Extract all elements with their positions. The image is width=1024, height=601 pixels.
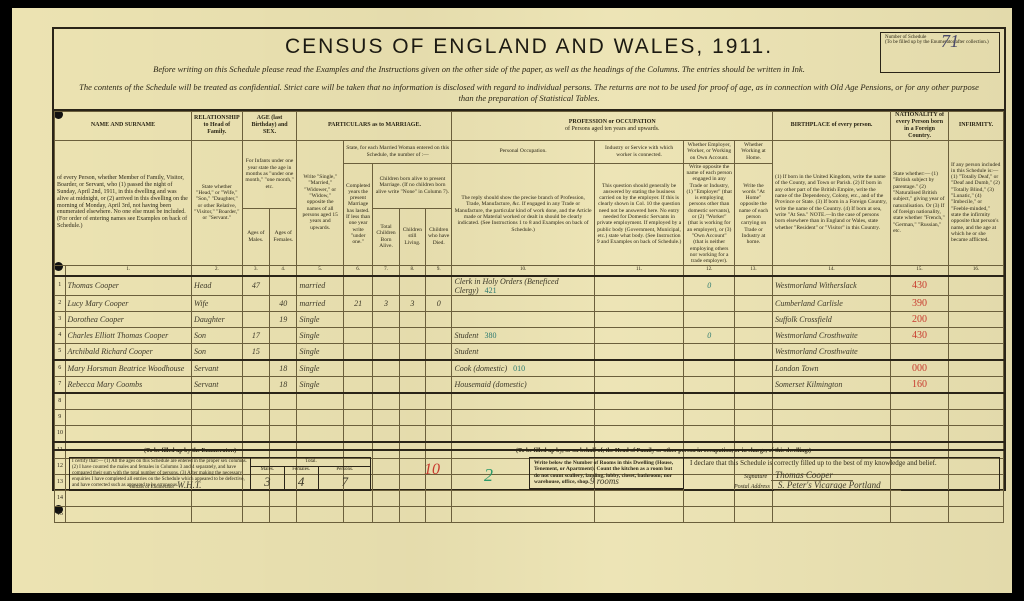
cell-living: 3	[399, 295, 425, 311]
table-row: 7Rebecca Mary CoombsServant18SingleHouse…	[55, 376, 1004, 393]
cell-rel: Servant	[192, 376, 243, 393]
cell-employer	[684, 376, 735, 393]
total-females: Females.4	[285, 467, 319, 491]
col-head-children-living: Children still Living.	[399, 208, 425, 265]
cell-died	[426, 311, 452, 327]
cell-industry	[594, 376, 684, 393]
cell-status: Single	[297, 360, 343, 377]
cell-died	[426, 343, 452, 360]
cell-nat_code: 430	[891, 276, 949, 296]
cell-employer	[684, 295, 735, 311]
col-head-home: Whether Working at Home.	[734, 140, 772, 163]
cell-living	[399, 490, 425, 506]
table-row: 14	[55, 490, 1004, 506]
col-num: 12.	[684, 265, 735, 276]
cell-birthplace: Somerset Kilmington	[772, 376, 890, 393]
cell-years	[343, 343, 373, 360]
col-desc-nationality: State whether:— (1) "British subject by …	[891, 140, 949, 265]
confidential-notice: The contents of the Schedule will be tre…	[64, 82, 994, 92]
col-head-relationship: RELATIONSHIP to Head of Family.	[192, 112, 243, 141]
col-head-infirmity: INFIRMITY.	[949, 112, 1004, 141]
col-num: 11.	[594, 265, 684, 276]
cell-rel	[192, 393, 243, 410]
col-desc-home: Write the words "At Home" opposite the n…	[734, 163, 772, 265]
cell-home	[734, 490, 772, 506]
cell-name	[65, 409, 192, 425]
cell-total	[373, 343, 399, 360]
cell-industry	[594, 409, 684, 425]
cell-employer	[684, 360, 735, 377]
cell-infirmity	[949, 506, 1004, 522]
cell-total	[373, 490, 399, 506]
cell-infirmity	[949, 376, 1004, 393]
cell-employer	[684, 409, 735, 425]
cell-living	[399, 360, 425, 377]
cell-status: Single	[297, 311, 343, 327]
cell-total	[373, 425, 399, 442]
table-row: 10	[55, 425, 1004, 442]
cell-infirmity	[949, 360, 1004, 377]
col-head-children-died: Children who have Died.	[426, 208, 452, 265]
cell-nat_code	[891, 490, 949, 506]
cell-living	[399, 343, 425, 360]
cell-age_f	[270, 490, 297, 506]
cell-living	[399, 327, 425, 343]
cell-total	[373, 327, 399, 343]
cell-home	[734, 425, 772, 442]
cell-living	[399, 376, 425, 393]
instruction-text: Before writing on this Schedule please r…	[54, 64, 904, 74]
cell-n: 7	[55, 376, 66, 393]
cell-home	[734, 276, 772, 296]
col-num: 16.	[949, 265, 1004, 276]
cell-birthplace	[772, 409, 890, 425]
cell-name: Charles Elliott Thomas Cooper	[65, 327, 192, 343]
cell-years	[343, 393, 373, 410]
col-num: 2.	[192, 265, 243, 276]
col-num: 14.	[772, 265, 890, 276]
cell-occupation	[452, 393, 594, 410]
rooms-value: 9 rooms	[590, 476, 619, 486]
cell-nat_code: 000	[891, 360, 949, 377]
postal-address-field: Postal AddressS. Peter's Vicarage Portla…	[734, 480, 901, 490]
cell-infirmity	[949, 425, 1004, 442]
cell-died	[426, 393, 452, 410]
cell-age_f	[270, 327, 297, 343]
cell-birthplace	[772, 393, 890, 410]
cell-age_f	[270, 276, 297, 296]
cell-occupation: Housemaid (domestic)	[452, 376, 594, 393]
cell-died	[426, 490, 452, 506]
col-head-children-total: Total Children Born Alive.	[373, 208, 399, 265]
cell-died	[426, 506, 452, 522]
cell-years	[343, 376, 373, 393]
cell-employer	[684, 393, 735, 410]
col-num: 6.	[343, 265, 373, 276]
cell-rel	[192, 506, 243, 522]
cell-n: 4	[55, 327, 66, 343]
cell-age_m	[242, 393, 269, 410]
cell-birthplace	[772, 425, 890, 442]
cell-rel	[192, 409, 243, 425]
cell-rel: Wife	[192, 295, 243, 311]
schedule-number-note: (To be filled up by the Enumerator after…	[885, 40, 995, 45]
cell-n: 14	[55, 490, 66, 506]
cell-total	[373, 311, 399, 327]
cell-age_f	[270, 343, 297, 360]
cell-industry	[594, 295, 684, 311]
cell-nat_code: 160	[891, 376, 949, 393]
cell-home	[734, 376, 772, 393]
col-num: 8.	[399, 265, 425, 276]
col-num: 5.	[297, 265, 343, 276]
cell-infirmity	[949, 490, 1004, 506]
cell-total	[373, 393, 399, 410]
col-num: 3.	[242, 265, 269, 276]
enumerator-initials: Initials of EnumeratorW.H.T.	[130, 480, 201, 490]
cell-nat_code: 390	[891, 295, 949, 311]
cell-infirmity	[949, 393, 1004, 410]
declaration-text: I declare that this Schedule is correctl…	[690, 459, 937, 467]
cell-age_m	[242, 360, 269, 377]
col-head-marriage: PARTICULARS as to MARRIAGE.	[297, 112, 452, 141]
cell-age_m: 15	[242, 343, 269, 360]
cell-status: married	[297, 295, 343, 311]
cell-employer	[684, 490, 735, 506]
cell-birthplace: Suffolk Crossfield	[772, 311, 890, 327]
col-head-industry: Industry or Service with which worker is…	[594, 140, 684, 163]
col-head-employer: Whether Employer, Worker, or Working on …	[684, 140, 735, 163]
col-desc-children: Children born alive to present Marriage.…	[373, 163, 452, 208]
col-num: 9.	[426, 265, 452, 276]
cell-name: Thomas Cooper	[65, 276, 192, 296]
enumerator-section-label: (To be filled up by the Enumerator.)	[144, 448, 236, 454]
cell-age_f	[270, 506, 297, 522]
cell-living	[399, 276, 425, 296]
cell-home	[734, 393, 772, 410]
cell-status: married	[297, 276, 343, 296]
cell-died	[426, 327, 452, 343]
total-males: Males.3	[251, 467, 285, 491]
cell-n: 8	[55, 393, 66, 410]
cell-home	[734, 327, 772, 343]
cell-occupation: Cook (domestic)010	[452, 360, 594, 377]
cell-occupation	[452, 425, 594, 442]
enumerator-box: I certify that:— (1) All the ages on thi…	[69, 457, 371, 491]
cell-nat_code	[891, 343, 949, 360]
cell-age_m	[242, 409, 269, 425]
cell-age_f: 18	[270, 360, 297, 377]
cell-n: 1	[55, 276, 66, 296]
cell-age_m	[242, 490, 269, 506]
cell-name: Archibald Richard Cooper	[65, 343, 192, 360]
cell-years	[343, 327, 373, 343]
signature-field: SignatureThomas Cooper	[744, 470, 853, 480]
cell-employer	[684, 425, 735, 442]
cell-nat_code: 430	[891, 327, 949, 343]
cell-status: Single	[297, 376, 343, 393]
cell-home	[734, 295, 772, 311]
cell-employer	[684, 343, 735, 360]
cell-occupation	[452, 311, 594, 327]
cell-total	[373, 360, 399, 377]
cell-rel: Son	[192, 343, 243, 360]
cell-status	[297, 506, 343, 522]
cell-status: Single	[297, 343, 343, 360]
col-head-age-females: Ages of Females.	[270, 208, 297, 265]
cell-industry	[594, 276, 684, 296]
cell-nat_code: 200	[891, 311, 949, 327]
cell-industry	[594, 490, 684, 506]
cell-industry	[594, 327, 684, 343]
cell-industry	[594, 425, 684, 442]
cell-living	[399, 425, 425, 442]
col-desc-years-married: Completed years the present Marriage has…	[343, 163, 373, 265]
cell-died	[426, 360, 452, 377]
cell-home	[734, 409, 772, 425]
cell-infirmity	[949, 343, 1004, 360]
cell-age_m	[242, 311, 269, 327]
confidential-notice-cont: than the preparation of Statistical Tabl…	[54, 93, 1004, 103]
cell-years	[343, 490, 373, 506]
schedule-number-box: Number of Schedule (To be filled up by t…	[880, 32, 1000, 73]
col-desc-birthplace: (1) If born in the United Kingdom, write…	[772, 140, 890, 265]
cell-age_m	[242, 506, 269, 522]
cell-n: 6	[55, 360, 66, 377]
cell-name: Mary Horsman Beatrice Woodhouse	[65, 360, 192, 377]
table-row: 1Thomas CooperHead47marriedClerk in Holy…	[55, 276, 1004, 296]
cell-occupation	[452, 295, 594, 311]
table-row: 15	[55, 506, 1004, 522]
cell-birthplace: Westmorland Crosthwaite	[772, 327, 890, 343]
column-number-row: 1. 2. 3. 4. 5. 6. 7. 8. 9. 10. 11. 12. 1…	[55, 265, 1004, 276]
cell-employer	[684, 311, 735, 327]
col-desc-age: For Infants under one year state the age…	[242, 140, 297, 208]
cell-total	[373, 409, 399, 425]
cell-rel	[192, 490, 243, 506]
cell-home	[734, 360, 772, 377]
cell-name	[65, 425, 192, 442]
col-head-name: NAME AND SURNAME	[55, 112, 192, 141]
cell-rel	[192, 425, 243, 442]
cell-birthplace	[772, 490, 890, 506]
cell-industry	[594, 506, 684, 522]
cell-years	[343, 360, 373, 377]
col-head-nationality: NATIONALITY of every Person born in a Fo…	[891, 112, 949, 141]
cell-living	[399, 393, 425, 410]
col-desc-marital-status: Write "Single," "Married," "Widower," or…	[297, 140, 343, 265]
cell-birthplace	[772, 506, 890, 522]
cell-employer	[684, 506, 735, 522]
cell-name	[65, 393, 192, 410]
cell-age_m	[242, 295, 269, 311]
cell-n: 9	[55, 409, 66, 425]
cell-occupation: Student380	[452, 327, 594, 343]
cell-age_m	[242, 425, 269, 442]
col-desc-relationship: State whether "Head," or "Wife," "Son," …	[192, 140, 243, 265]
cell-status	[297, 490, 343, 506]
cell-died: 0	[426, 295, 452, 311]
table-row: 2Lucy Mary CooperWife40married21330Cumbe…	[55, 295, 1004, 311]
cell-employer: 0	[684, 276, 735, 296]
cell-industry	[594, 311, 684, 327]
cell-rel: Daughter	[192, 311, 243, 327]
cell-living	[399, 506, 425, 522]
cell-age_f: 19	[270, 311, 297, 327]
cell-total	[373, 276, 399, 296]
col-head-personal-occupation: Personal Occupation.	[452, 140, 594, 163]
footer-section: (To be filled up by the Enumerator.) I c…	[54, 449, 1004, 491]
cell-nat_code	[891, 425, 949, 442]
cell-n: 15	[55, 506, 66, 522]
cell-home	[734, 343, 772, 360]
cell-name: Lucy Mary Cooper	[65, 295, 192, 311]
cell-industry	[594, 393, 684, 410]
col-head-occupation: PROFESSION or OCCUPATIONof Persons aged …	[452, 112, 773, 141]
cell-total	[373, 376, 399, 393]
declaration-box: I declare that this Schedule is correctl…	[684, 457, 1000, 491]
totals-box: Total. Males.3 Females.4 Persons.7	[250, 458, 371, 490]
col-desc-infirmity: If any person included in this Schedule …	[949, 140, 1004, 265]
schedule-number: 71	[941, 31, 959, 52]
cell-name	[65, 506, 192, 522]
cell-years	[343, 409, 373, 425]
cell-name	[65, 490, 192, 506]
cell-employer: 0	[684, 327, 735, 343]
col-desc-personal-occupation: The reply should show the precise branch…	[452, 163, 594, 265]
cell-living	[399, 409, 425, 425]
cell-years	[343, 506, 373, 522]
cell-total	[373, 506, 399, 522]
cell-nat_code	[891, 506, 949, 522]
col-desc-employer: Write opposite the name of each person e…	[684, 163, 735, 265]
col-head-age: AGE (last Birthday) and SEX.	[242, 112, 297, 141]
col-desc-married-women: State, for each Married Woman entered on…	[343, 140, 452, 163]
cell-occupation	[452, 506, 594, 522]
cell-birthplace: Cumberland Carlisle	[772, 295, 890, 311]
table-row: 3Dorothea CooperDaughter19SingleSuffolk …	[55, 311, 1004, 327]
table-row: 8	[55, 393, 1004, 410]
cell-birthplace: London Town	[772, 360, 890, 377]
total-persons: Persons.7	[319, 467, 371, 491]
cell-age_m	[242, 376, 269, 393]
cell-died	[426, 376, 452, 393]
cell-occupation: Clerk in Holy Orders (Beneficed Clergy)4…	[452, 276, 594, 296]
col-desc-industry: This question should generally be answer…	[594, 163, 684, 265]
col-head-age-males: Ages of Males.	[242, 208, 269, 265]
cell-years: 21	[343, 295, 373, 311]
cell-age_f	[270, 425, 297, 442]
cell-birthplace: Westmorland Witherslack	[772, 276, 890, 296]
cell-status	[297, 425, 343, 442]
cell-status	[297, 393, 343, 410]
cell-age_m: 47	[242, 276, 269, 296]
red-annotation: 10	[424, 461, 440, 479]
cell-home	[734, 311, 772, 327]
cell-rel: Servant	[192, 360, 243, 377]
col-desc-name: of every Person, whether Member of Famil…	[55, 140, 192, 265]
table-row: 5Archibald Richard CooperSon15SingleStud…	[55, 343, 1004, 360]
green-annotation: 2	[484, 465, 493, 486]
table-row: 4Charles Elliott Thomas CooperSon17Singl…	[55, 327, 1004, 343]
cell-nat_code	[891, 409, 949, 425]
cell-years	[343, 425, 373, 442]
cell-infirmity	[949, 276, 1004, 296]
rooms-box: Write below the Number of Rooms in this …	[529, 457, 684, 489]
cell-nat_code	[891, 393, 949, 410]
cell-home	[734, 506, 772, 522]
occupier-section-label: (To be filled up by, or on behalf of, th…	[516, 448, 811, 454]
col-num: 4.	[270, 265, 297, 276]
cell-age_m: 17	[242, 327, 269, 343]
col-num: 10.	[452, 265, 594, 276]
page-title: CENSUS OF ENGLAND AND WALES, 1911.	[54, 35, 1004, 59]
cell-n: 10	[55, 425, 66, 442]
cell-age_f: 18	[270, 376, 297, 393]
table-row: 6Mary Horsman Beatrice WoodhouseServant1…	[55, 360, 1004, 377]
census-schedule-page: CENSUS OF ENGLAND AND WALES, 1911. Befor…	[12, 8, 1012, 593]
cell-age_f: 40	[270, 295, 297, 311]
schedule-frame: CENSUS OF ENGLAND AND WALES, 1911. Befor…	[52, 27, 1006, 491]
cell-infirmity	[949, 409, 1004, 425]
cell-age_f	[270, 393, 297, 410]
cell-infirmity	[949, 311, 1004, 327]
cell-occupation: Student	[452, 343, 594, 360]
cell-occupation	[452, 409, 594, 425]
cell-died	[426, 409, 452, 425]
cell-rel: Head	[192, 276, 243, 296]
cell-n: 2	[55, 295, 66, 311]
cell-died	[426, 425, 452, 442]
cell-age_f	[270, 409, 297, 425]
cell-total: 3	[373, 295, 399, 311]
cell-years	[343, 311, 373, 327]
cell-birthplace: Westmorland Crosthwaite	[772, 343, 890, 360]
cell-name: Rebecca Mary Coombs	[65, 376, 192, 393]
cell-infirmity	[949, 295, 1004, 311]
cell-n: 5	[55, 343, 66, 360]
cell-infirmity	[949, 327, 1004, 343]
cell-occupation	[452, 490, 594, 506]
cell-industry	[594, 343, 684, 360]
cell-died	[426, 276, 452, 296]
col-num: 13.	[734, 265, 772, 276]
col-num: 1.	[65, 265, 192, 276]
cell-industry	[594, 360, 684, 377]
col-head-birthplace: BIRTHPLACE of every person.	[772, 112, 890, 141]
cell-living	[399, 311, 425, 327]
col-num: 15.	[891, 265, 949, 276]
totals-label: Total.	[251, 459, 371, 464]
cell-status: Single	[297, 327, 343, 343]
cell-rel: Son	[192, 327, 243, 343]
col-num: 7.	[373, 265, 399, 276]
cell-n: 3	[55, 311, 66, 327]
cell-status	[297, 409, 343, 425]
cell-years	[343, 276, 373, 296]
cell-name: Dorothea Cooper	[65, 311, 192, 327]
table-row: 9	[55, 409, 1004, 425]
